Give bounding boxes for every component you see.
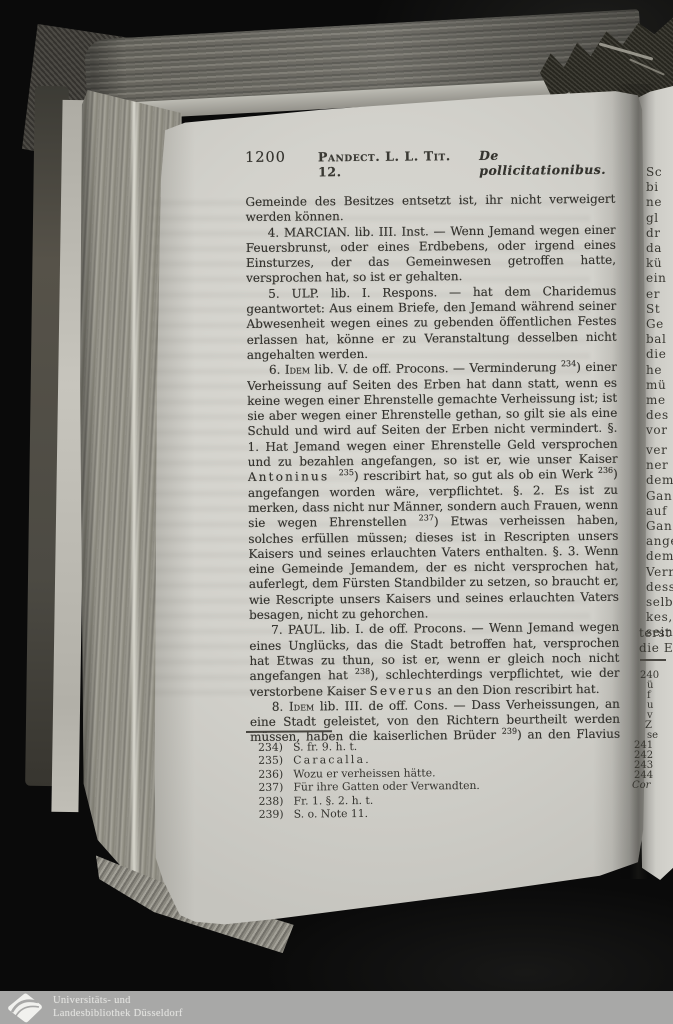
clipped-text-line: Gan <box>646 519 673 534</box>
clipped-text-line: kes, <box>646 610 673 625</box>
page-text-column: 1200 Pandect. L. L. Tit. 12. De pollicit… <box>245 147 620 743</box>
clipped-text-line: Ge <box>646 317 673 332</box>
clipped-text-line: bal <box>646 332 673 347</box>
footnote-number: 237) <box>258 781 283 795</box>
page-number: 1200 <box>245 150 286 166</box>
clipped-footnote-line: ü <box>630 681 673 691</box>
library-name: Universitäts- und Landesbibliothek Düsse… <box>53 995 183 1020</box>
clipped-text-line: he <box>646 363 673 378</box>
clipped-text-line: die <box>646 347 673 362</box>
clipped-text-line: ne <box>646 195 673 210</box>
clipped-text-line: dem <box>646 473 673 488</box>
running-title: Pandect. L. L. Tit. 12. <box>318 148 463 179</box>
clipped-text-line: dem <box>646 549 673 564</box>
clipped-text-line: St <box>646 302 673 317</box>
clipped-text-line: kü <box>646 256 673 271</box>
footnote-rule <box>246 730 332 733</box>
library-name-line2: Landesbibliothek Düsseldorf <box>53 1008 183 1021</box>
paragraph: 7. PAUL. lib. I. de off. Procons. — Wenn… <box>249 620 620 700</box>
clipped-text-line: selbs <box>646 595 673 610</box>
footnotes: 234)S. fr. 9. h. t.235)Caracalla.236)Woz… <box>246 738 627 822</box>
footnote-block: 234)S. fr. 9. h. t.235)Caracalla.236)Woz… <box>246 728 627 822</box>
running-title-latin: De pollicitationibus. <box>479 147 615 178</box>
clipped-text-line: dess <box>646 580 673 595</box>
clipped-text-line: ver <box>646 443 673 458</box>
running-header: 1200 Pandect. L. L. Tit. 12. De pollicit… <box>245 147 615 180</box>
clipped-text-line: die E <box>639 641 673 656</box>
clipped-text-line: me <box>646 393 673 408</box>
clipped-text-line: Gan <box>646 489 673 504</box>
clipped-text-line: ner <box>646 458 673 473</box>
clipped-text-line: er <box>646 287 673 302</box>
footnote-number: 234) <box>258 741 283 755</box>
clipped-text-line: mü <box>646 378 673 393</box>
clipped-text-line: dr <box>646 226 673 241</box>
paragraph: 4. MARCIAN. lib. III. Inst. — Wenn Jeman… <box>246 222 617 286</box>
clipped-text-line: des <box>646 408 673 423</box>
right-page-lines: ScbinegldrdaküeinerStGebaldiehemümedesvo… <box>630 165 673 439</box>
footnote-number: 239) <box>259 808 284 822</box>
watermark-bar: Universitäts- und Landesbibliothek Düsse… <box>0 991 673 1024</box>
clipped-text-line: da <box>646 241 673 256</box>
right-page-footnote-lines: 240üfuvZse241242243244Cor <box>630 671 673 791</box>
clipped-text-line: ange <box>646 534 673 549</box>
clipped-text-line: terst <box>639 626 673 641</box>
right-footnote-rule <box>640 659 666 661</box>
clipped-text-line: vor <box>646 423 673 438</box>
clipped-text-line: ein <box>646 271 673 286</box>
clipped-text-line: Vern <box>646 565 673 580</box>
right-page-text-fragments: ScbinegldrdaküeinerStGebaldiehemümedesvo… <box>630 0 673 1000</box>
right-page-lines: terstdie E <box>630 626 673 656</box>
clipped-text-line: auf <box>646 504 673 519</box>
paragraph: Gemeinde des Besitzes entsetzt ist, ihr … <box>245 192 615 226</box>
footnote-number: 238) <box>259 794 284 808</box>
book-photo: 1200 Pandect. L. L. Tit. 12. De pollicit… <box>0 0 673 1024</box>
library-name-line1: Universitäts- und <box>53 995 183 1008</box>
clipped-text-line: bi <box>646 180 673 195</box>
paragraph: 5. ULP. lib. I. Respons. — hat dem Chari… <box>246 284 617 364</box>
paragraph: 6. Idem lib. V. de off. Procons. — Vermi… <box>247 360 619 623</box>
clipped-text-line: Sc <box>646 165 673 180</box>
library-logo-icon <box>7 993 43 1023</box>
clipped-text-line: gl <box>646 211 673 226</box>
right-page-lines: vernerdemGanaufGanangedemVerndessselbske… <box>630 443 673 641</box>
footnote-number: 236) <box>258 767 283 781</box>
footnote-number: 235) <box>258 754 283 768</box>
body-text: Gemeinde des Besitzes entsetzt ist, ihr … <box>245 192 620 743</box>
clipped-footnote-line: Cor <box>630 781 673 791</box>
